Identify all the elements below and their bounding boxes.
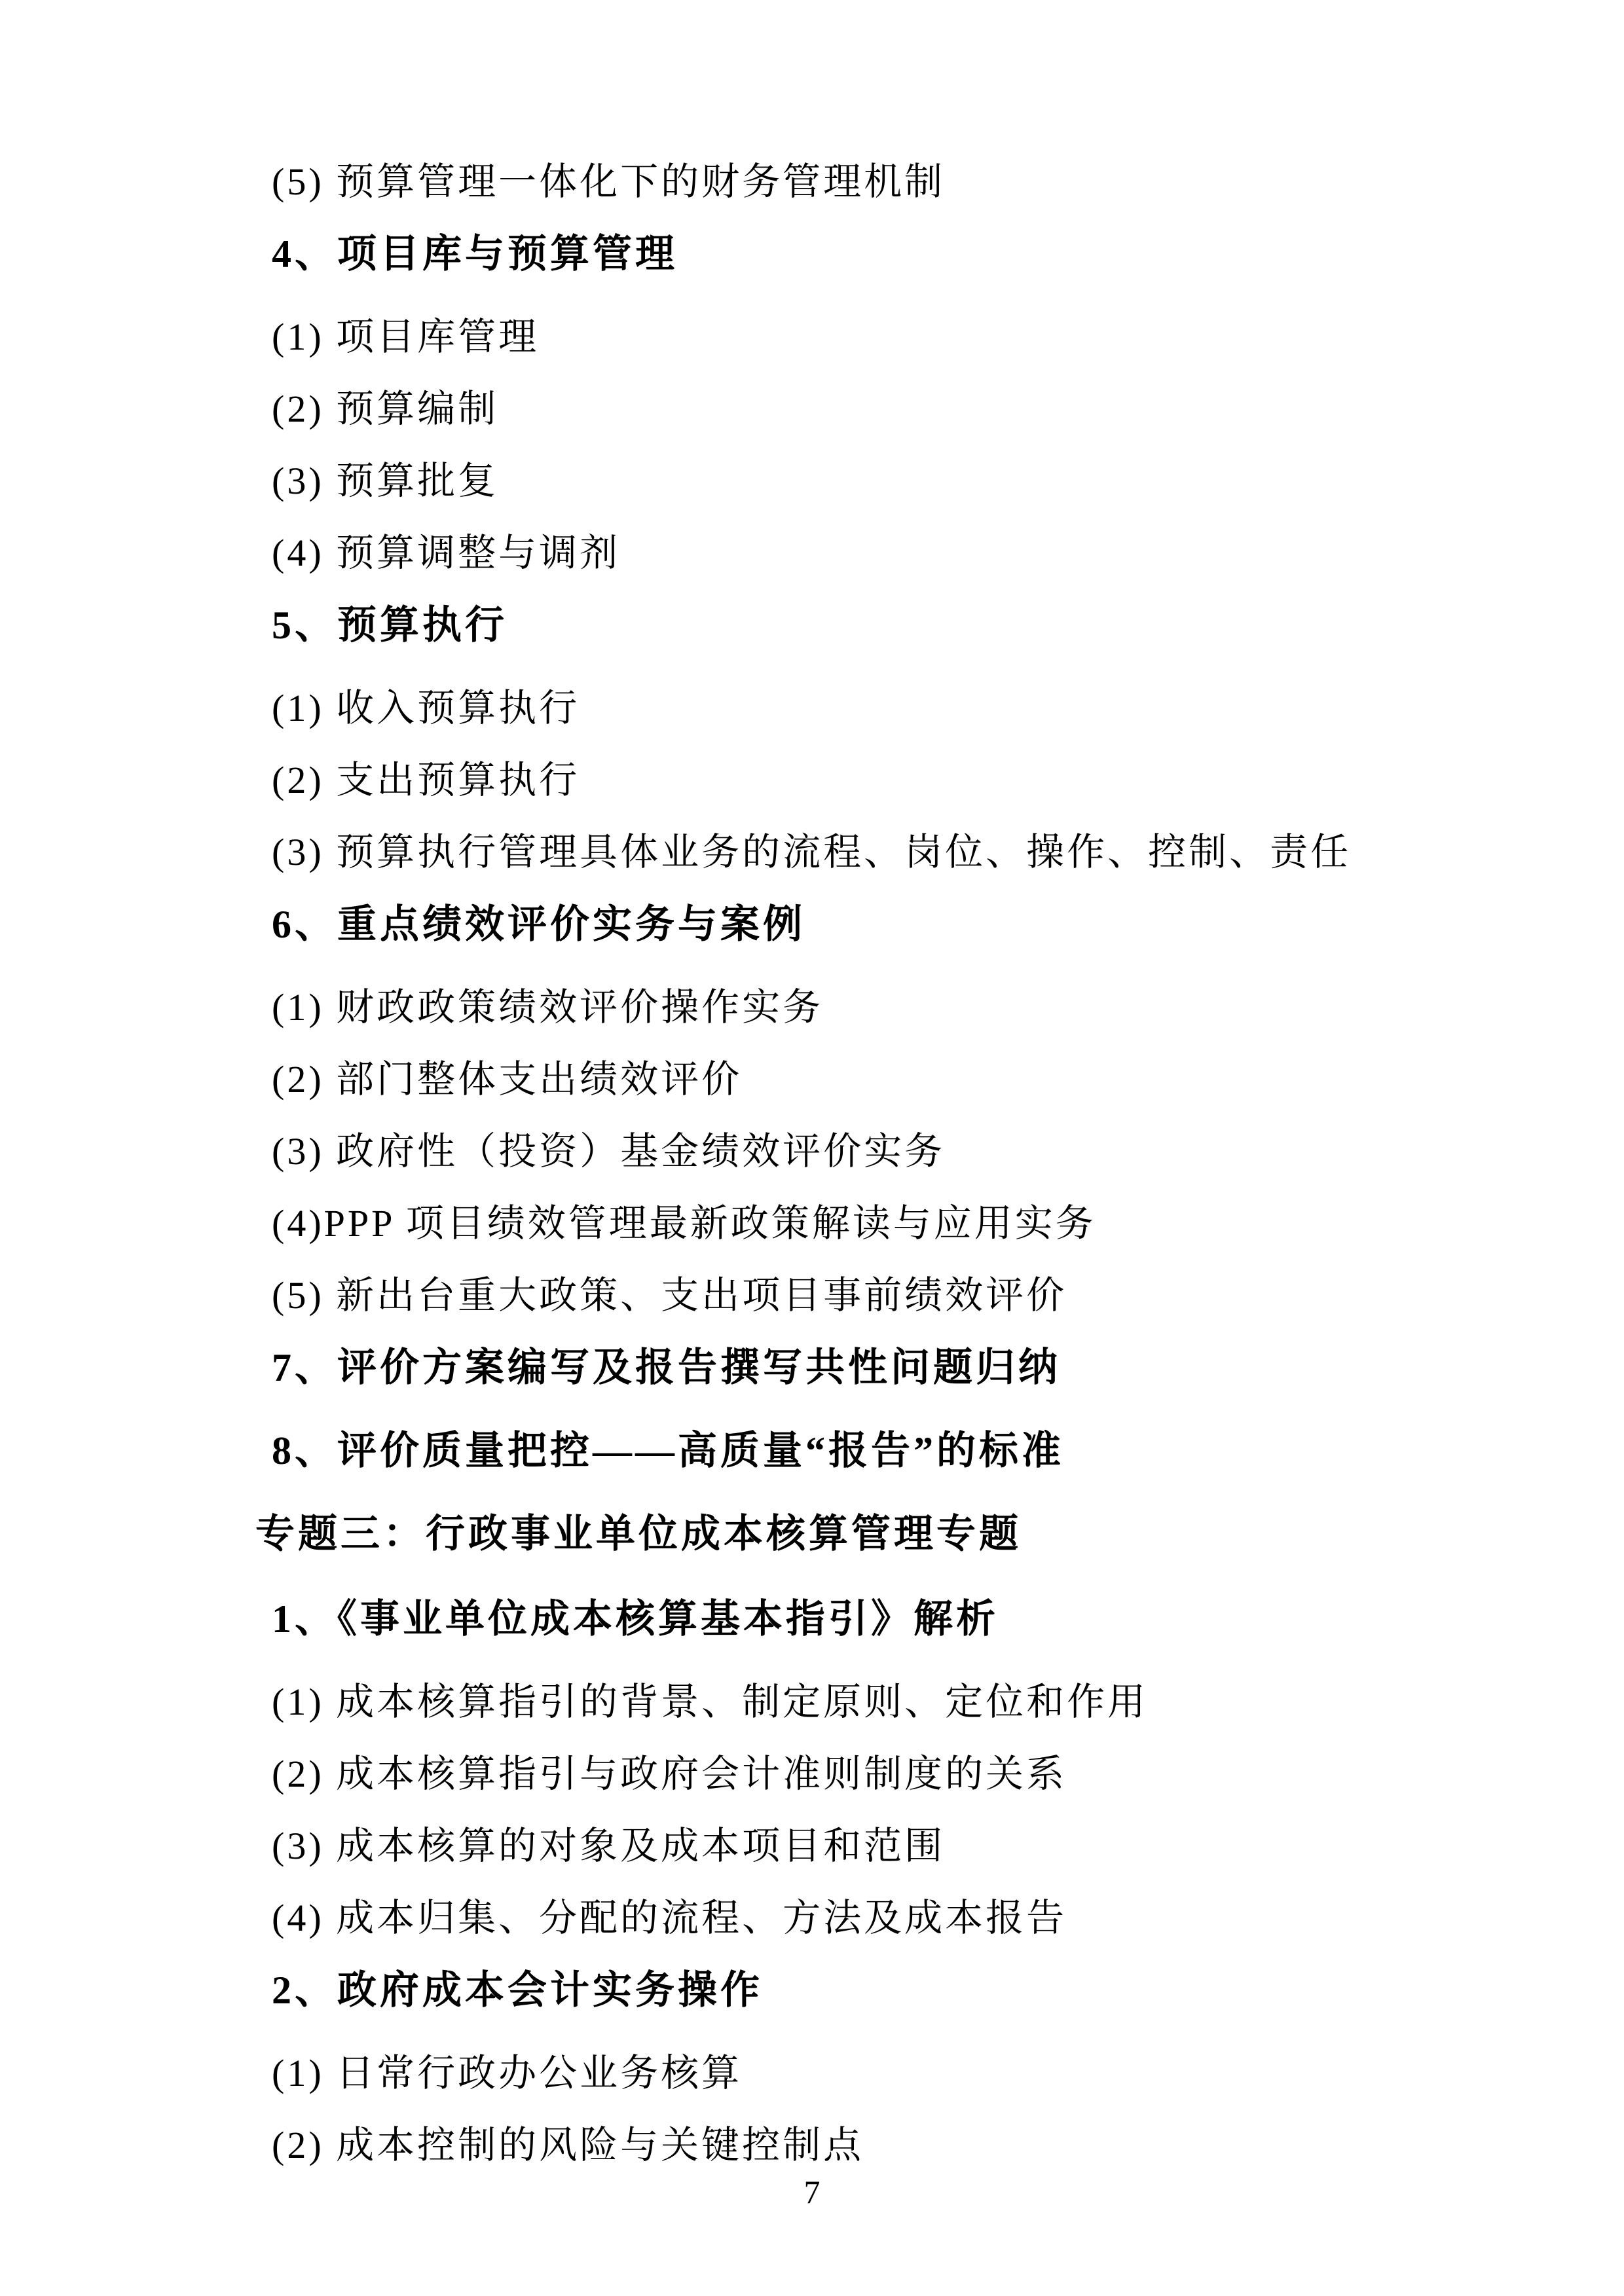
- outline-line-3: (1) 项目库管理: [0, 301, 1624, 373]
- outline-line-17: 7、评价方案编写及报告撰写共性问题归纳: [0, 1332, 1624, 1404]
- outline-line-21: (1) 成本核算指引的背景、制定原则、定位和作用: [0, 1666, 1624, 1738]
- page-number: 7: [0, 2172, 1624, 2212]
- outline-line-27: (2) 成本控制的风险与关键控制点: [0, 2109, 1624, 2181]
- outline-line-9: (2) 支出预算执行: [0, 744, 1624, 816]
- outline-line-6: (4) 预算调整与调剂: [0, 517, 1624, 589]
- document-page: (5) 预算管理一体化下的财务管理机制4、项目库与预算管理(1) 项目库管理(2…: [0, 0, 1624, 2296]
- outline-line-8: (1) 收入预算执行: [0, 672, 1624, 744]
- outline-line-14: (3) 政府性（投资）基金绩效评价实务: [0, 1116, 1624, 1188]
- outline-line-12: (1) 财政政策绩效评价操作实务: [0, 972, 1624, 1044]
- outline-line-4: (2) 预算编制: [0, 373, 1624, 445]
- outline-line-19: 专题三：行政事业单位成本核算管理专题: [0, 1498, 1624, 1570]
- outline-line-1: (5) 预算管理一体化下的财务管理机制: [0, 146, 1624, 218]
- outline-line-10: (3) 预算执行管理具体业务的流程、岗位、操作、控制、责任: [0, 816, 1624, 888]
- outline-line-2: 4、项目库与预算管理: [0, 218, 1624, 290]
- outline-line-16: (5) 新出台重大政策、支出项目事前绩效评价: [0, 1260, 1624, 1332]
- outline-line-7: 5、预算执行: [0, 589, 1624, 661]
- outline-line-25: 2、政府成本会计实务操作: [0, 1954, 1624, 2026]
- outline-line-24: (4) 成本归集、分配的流程、方法及成本报告: [0, 1882, 1624, 1954]
- document-content: (5) 预算管理一体化下的财务管理机制4、项目库与预算管理(1) 项目库管理(2…: [0, 0, 1624, 2181]
- outline-line-18: 8、评价质量把控——高质量“报告”的标准: [0, 1415, 1624, 1487]
- outline-line-15: (4)PPP 项目绩效管理最新政策解读与应用实务: [0, 1188, 1624, 1260]
- outline-line-13: (2) 部门整体支出绩效评价: [0, 1044, 1624, 1116]
- outline-line-26: (1) 日常行政办公业务核算: [0, 2037, 1624, 2109]
- outline-line-20: 1、《事业单位成本核算基本指引》解析: [0, 1583, 1624, 1655]
- outline-line-22: (2) 成本核算指引与政府会计准则制度的关系: [0, 1738, 1624, 1810]
- outline-line-11: 6、重点绩效评价实务与案例: [0, 888, 1624, 960]
- outline-line-5: (3) 预算批复: [0, 445, 1624, 517]
- outline-line-23: (3) 成本核算的对象及成本项目和范围: [0, 1810, 1624, 1882]
